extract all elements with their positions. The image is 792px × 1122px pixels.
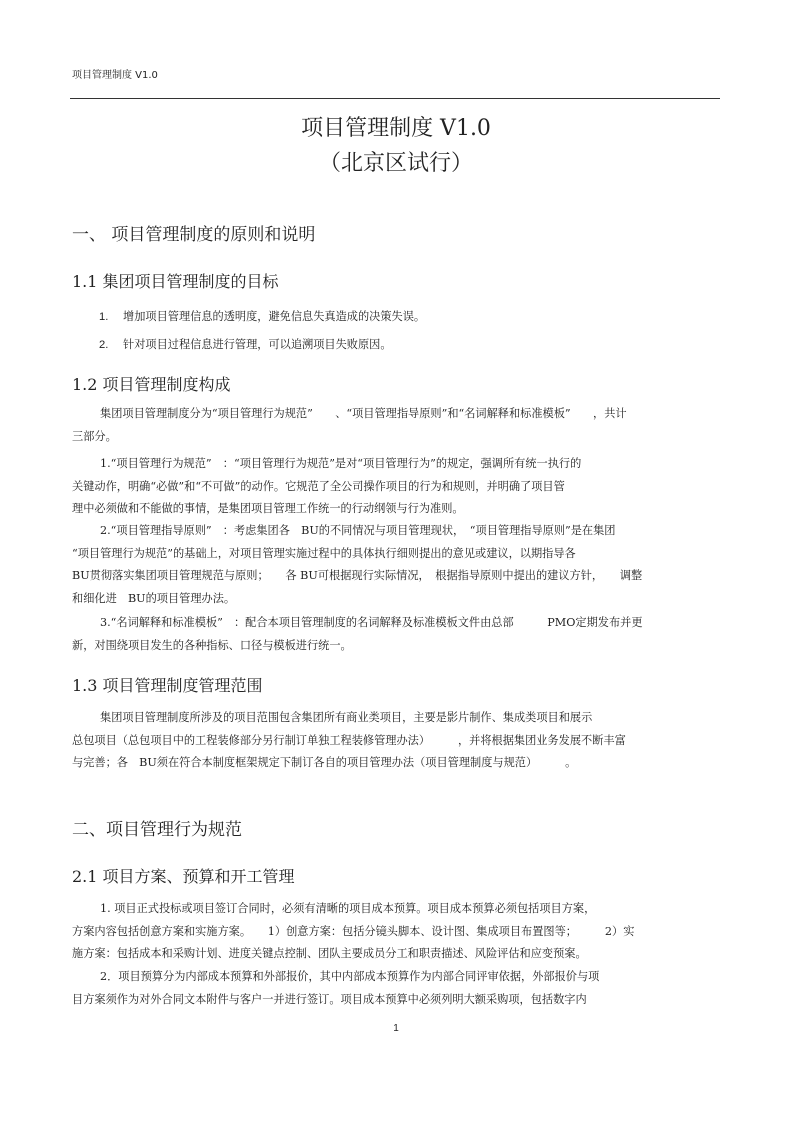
running-header: 项目管理制度 V1.0	[72, 66, 158, 81]
section-2-1-heading: 2.1 项目方案、预算和开工管理	[72, 864, 295, 887]
paragraph-line: 1. 项目正式投标或项目签订合同时，必须有清晰的项目成本预算。项目成本预算必须包…	[72, 898, 720, 921]
section-2-1-point-2: 2．项目预算分为内部成本预算和外部报价，其中内部成本预算作为内部合同评审依据，外…	[72, 966, 720, 1011]
section-1-2-intro: 集团项目管理制度分为“项目管理行为规范” 、“项目管理指导原则”和“名词解释和标…	[72, 403, 720, 448]
paragraph-line: 理中必须做和不能做的事情，是集团项目管理工作统一的行动纲领与行为准则。	[72, 498, 720, 521]
paragraph-line: “项目管理行为规范”的基础上，对项目管理实施过程中的具体执行细则提出的意见或建议…	[72, 543, 720, 566]
section-1-3-heading: 1.3 项目管理制度管理范围	[72, 673, 263, 696]
paragraph-line: 目方案须作为对外合同文本附件与客户一并进行签订。项目成本预算中必须列明大额采购项…	[72, 989, 720, 1012]
section-2-1-point-1: 1. 项目正式投标或项目签订合同时，必须有清晰的项目成本预算。项目成本预算必须包…	[72, 898, 720, 966]
list-number: 1.	[99, 311, 123, 323]
list-item: 2.针对项目过程信息进行管理，可以追溯项目失败原因。	[99, 336, 392, 352]
section-1-1-heading: 1.1 集团项目管理制度的目标	[72, 269, 279, 292]
paragraph-line: 2．项目预算分为内部成本预算和外部报价，其中内部成本预算作为内部合同评审依据，外…	[72, 966, 720, 989]
section-1-3-paragraph: 集团项目管理制度所涉及的项目范围包含集团所有商业类项目，主要是影片制作、集成类项…	[72, 707, 720, 775]
paragraph-line: 3.“名词解释和标准模板” ：配合本项目管理制度的名词解释及标准模板文件由总部 …	[72, 612, 720, 635]
list-text: 针对项目过程信息进行管理，可以追溯项目失败原因。	[123, 338, 392, 351]
paragraph-line: 集团项目管理制度所涉及的项目范围包含集团所有商业类项目，主要是影片制作、集成类项…	[72, 707, 720, 730]
document-subtitle: （北京区试行）	[0, 146, 792, 177]
header-divider	[70, 98, 720, 99]
paragraph-line: 三部分。	[72, 426, 720, 449]
paragraph-line: 集团项目管理制度分为“项目管理行为规范” 、“项目管理指导原则”和“名词解释和标…	[72, 403, 720, 426]
paragraph-line: 施方案：包括成本和采购计划、进度关键点控制、团队主要成员分工和职责描述、风险评估…	[72, 943, 720, 966]
paragraph-line: 2.“项目管理指导原则” ：考虑集团各 BU的不同情况与项目管理现状， “项目管…	[72, 520, 720, 543]
section-1-2-point-2: 2.“项目管理指导原则” ：考虑集团各 BU的不同情况与项目管理现状， “项目管…	[72, 520, 720, 610]
paragraph-line: BU贯彻落实集团项目管理规范与原则； 各 BU可根据现行实际情况， 根据指导原则…	[72, 565, 720, 588]
page-number: 1	[0, 1023, 792, 1034]
paragraph-line: 与完善；各 BU须在符合本制度框架规定下制订各自的项目管理办法（项目管理制度与规…	[72, 752, 720, 775]
list-text: 增加项目管理信息的透明度，避免信息失真造成的决策失误。	[123, 310, 425, 323]
list-item: 1.增加项目管理信息的透明度，避免信息失真造成的决策失误。	[99, 308, 425, 324]
paragraph-line: 1.“项目管理行为规范” ：“项目管理行为规范”是对“项目管理行为”的规定，强调…	[72, 453, 720, 476]
section-1-2-point-1: 1.“项目管理行为规范” ：“项目管理行为规范”是对“项目管理行为”的规定，强调…	[72, 453, 720, 521]
paragraph-line: 和细化进 BU的项目管理办法。	[72, 588, 720, 611]
section-1-2-point-3: 3.“名词解释和标准模板” ：配合本项目管理制度的名词解释及标准模板文件由总部 …	[72, 612, 720, 657]
paragraph-line: 新，对围绕项目发生的各种指标、口径与模板进行统一。	[72, 635, 720, 658]
section-1-2-heading: 1.2 项目管理制度构成	[72, 372, 231, 395]
paragraph-line: 关键动作，明确“必做”和“不可做”的动作。它规范了全公司操作项目的行为和规则，并…	[72, 476, 720, 499]
list-number: 2.	[99, 339, 123, 351]
section-2-heading: 二、项目管理行为规范	[72, 815, 242, 840]
paragraph-line: 总包项目（总包项目中的工程装修部分另行制订单独工程装修管理办法） ，并将根据集团…	[72, 730, 720, 753]
section-1-heading: 一、 项目管理制度的原则和说明	[72, 220, 315, 245]
paragraph-line: 方案内容包括创意方案和实施方案。 1）创意方案：包括分镜头脚本、设计图、集成项目…	[72, 921, 720, 944]
document-title: 项目管理制度 V1.0	[0, 111, 792, 142]
